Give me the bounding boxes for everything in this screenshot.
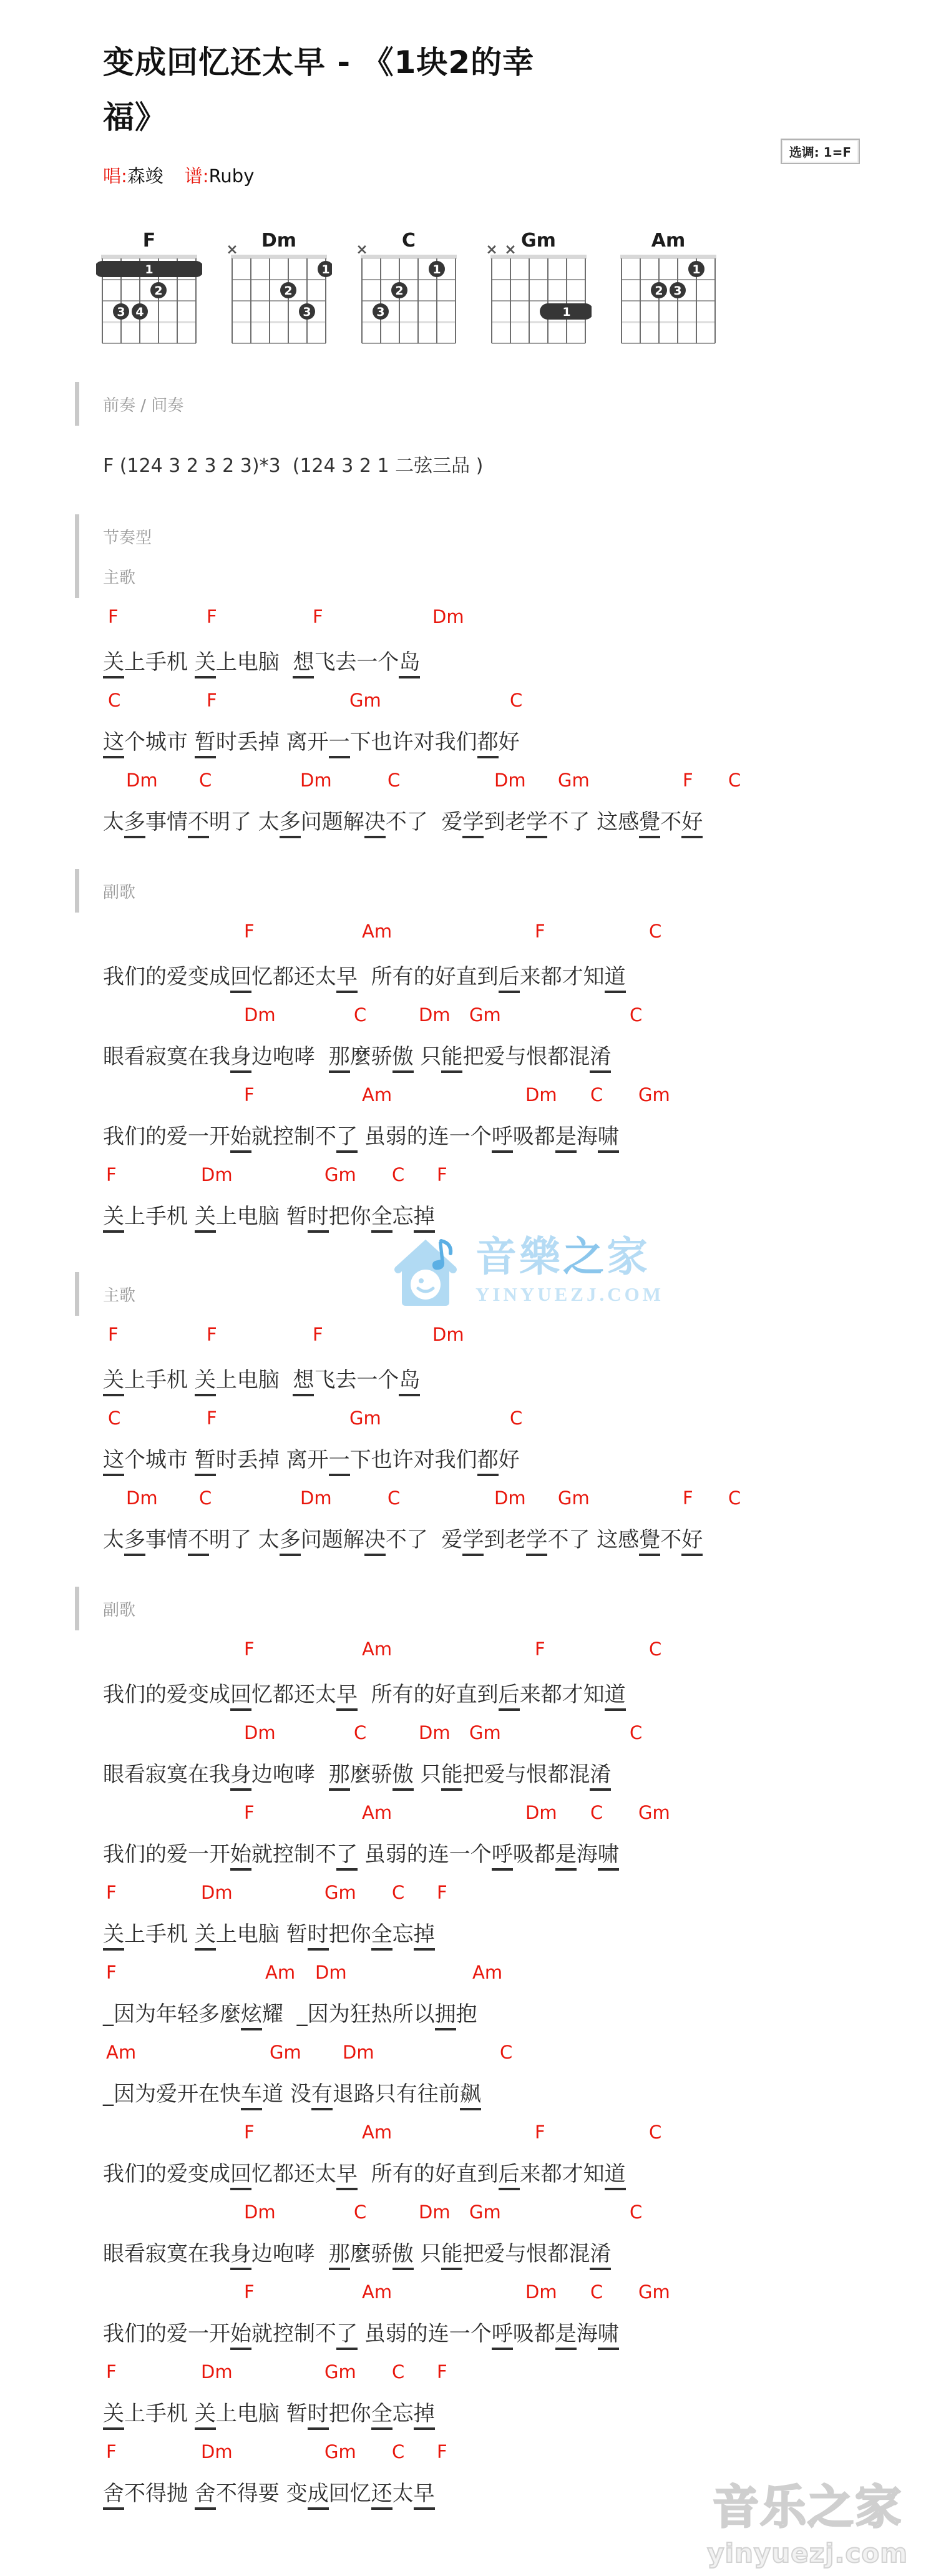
lyric-segment: 虽弱的连一个 xyxy=(358,1124,492,1149)
chord-label: Dm xyxy=(494,1487,526,1509)
lyric-line: 我们的爱一开始就控制不了 虽弱的连一个呼吸都是海啸 xyxy=(103,1110,861,1150)
lyric-segment: 那 xyxy=(329,1762,350,1791)
lyric-segment: 想 xyxy=(293,1368,314,1396)
lyric-segment: 把爱与恨都混 xyxy=(462,1044,590,1069)
lyric-segment: 明了 太 xyxy=(209,1527,280,1552)
chord-label: F xyxy=(106,1164,117,1185)
lyric-line: 舍不得抛 舍不得要 变成回忆还太早 xyxy=(103,2467,861,2507)
lyric-segment: 忘 xyxy=(392,2401,414,2426)
section-header: 节奏型 xyxy=(103,516,861,556)
lyric-segment: 所有的好直到 xyxy=(358,964,499,989)
lyric-segment: 傲 xyxy=(392,2241,414,2270)
chord-label: C xyxy=(388,770,400,791)
lyric-segment: _ xyxy=(103,2082,114,2107)
chord-line: AmGmDmC xyxy=(103,2028,861,2068)
lyric-segment: 全 xyxy=(371,1204,392,1233)
charter-name: Ruby xyxy=(209,165,255,187)
page-title-line2: 福》 xyxy=(103,90,861,145)
lyric-segment: 好 xyxy=(499,730,520,755)
chord-label: Am xyxy=(362,2122,392,2143)
lyric-segment: 吸都 xyxy=(513,1124,555,1149)
lyric-segment: 全 xyxy=(371,1922,392,1951)
chord-label: C xyxy=(630,2201,642,2223)
chord-line: DmCDmGmC xyxy=(103,991,861,1031)
section-header: 副歌 xyxy=(103,1589,861,1628)
chord-label: F xyxy=(106,1882,117,1903)
lyric-segment: 上手机 xyxy=(124,1204,195,1229)
chord-label: Gm xyxy=(558,770,590,791)
chord-label: F xyxy=(437,1164,447,1185)
chord-label: Gm xyxy=(558,1487,590,1509)
lyric-segment: 早 xyxy=(336,2162,358,2190)
chord-label: Dm xyxy=(201,1164,233,1185)
lyric-segment: 关 xyxy=(195,650,216,678)
lyric-segment: 决 xyxy=(364,1527,386,1556)
chord-diagram-Gm: Gm××1 xyxy=(485,229,592,349)
lyric-segment: 岛 xyxy=(399,1368,420,1396)
sheet: 前奏 / 间奏F (124 3 2 3 2 3)*3 (124 3 2 1 二弦… xyxy=(103,384,861,2507)
lyric-segment: 就控制不 xyxy=(251,2321,336,2346)
chord-label: C xyxy=(108,690,120,711)
section-bar-icon xyxy=(75,1272,79,1316)
chord-label: F xyxy=(207,690,217,711)
lyric-segment: 不 xyxy=(188,1527,209,1556)
lyric-segment: 了 xyxy=(336,1124,358,1153)
lyric-segment: 忆都还太 xyxy=(251,1682,336,1707)
lyric-segment: 把你 xyxy=(329,1204,371,1229)
lyric-line: 我们的爱变成回忆都还太早 所有的好直到后来都才知道 xyxy=(103,2148,861,2188)
lyric-line: 我们的爱一开始就控制不了 虽弱的连一个呼吸都是海啸 xyxy=(103,2308,861,2348)
lyric-segment: 能 xyxy=(441,2241,462,2270)
lyric-segment: 不 xyxy=(660,1527,681,1552)
lyric-segment: 时 xyxy=(308,1922,329,1951)
lyric-segment: 后 xyxy=(499,2162,520,2190)
chord-label: F xyxy=(207,1324,217,1345)
chord-label: Dm xyxy=(126,1487,158,1509)
lyric-segment: 是 xyxy=(555,1842,577,1871)
chord-label: C xyxy=(354,2201,366,2223)
lyric-segment: 我们的爱一开 xyxy=(103,1842,230,1867)
lyric-segment: 退路只有往前 xyxy=(333,2082,460,2107)
chord-label: Am xyxy=(472,1962,502,1983)
lyric-segment: 海 xyxy=(577,1124,598,1149)
lyric-segment: 呼 xyxy=(492,1124,513,1153)
lyric-segment: 舍 xyxy=(103,2481,124,2510)
section-bar-icon xyxy=(75,382,79,426)
lyric-segment: 掉 xyxy=(414,1204,435,1233)
lyric-segment: 不 xyxy=(660,810,681,835)
lyric-segment: 身 xyxy=(230,2241,251,2270)
chord-line: FAmDmAm xyxy=(103,1948,861,1988)
chord-label: Dm xyxy=(525,1084,557,1105)
chord-line: FDmGmCF xyxy=(103,1868,861,1908)
lyric-segment: 时 xyxy=(308,1204,329,1233)
chord-label: Gm xyxy=(469,1722,501,1743)
chart-label: 谱: xyxy=(185,165,209,187)
lyric-segment: 始 xyxy=(230,1842,251,1871)
svg-text:Gm: Gm xyxy=(521,230,556,252)
lyric-line: 太多事情不明了 太多问题解决不了 爱学到老学不了 这感覺不好 xyxy=(103,796,861,836)
lyric-segment: 淆 xyxy=(590,1044,611,1073)
svg-text:2: 2 xyxy=(395,284,403,298)
chord-line: FDmGmCF xyxy=(103,2427,861,2467)
chord-label: C xyxy=(388,1487,400,1509)
lyric-segment: 个城市 xyxy=(124,730,195,755)
intro-tab-line: F (124 3 2 3 2 3)*3 (124 3 2 1 二弦三品 ) xyxy=(103,441,861,481)
chord-label: F xyxy=(437,1882,447,1903)
lyric-line: 关上手机 关上电脑 想飞去一个岛 xyxy=(103,1354,861,1394)
chord-label: F xyxy=(437,2361,447,2383)
lyric-segment: 因为狂热所以 xyxy=(308,2002,435,2027)
chord-label: F xyxy=(244,2281,255,2303)
lyric-segment: 拥 xyxy=(435,2002,456,2030)
chord-label: Gm xyxy=(638,1084,670,1105)
lyric-segment: 掉 xyxy=(414,2401,435,2430)
chord-label: C xyxy=(199,770,212,791)
section-bar-icon xyxy=(75,514,79,558)
lyric-segment: 身 xyxy=(230,1044,251,1073)
lyric-line: 眼看寂寞在我身边咆哮 那麼骄傲 只能把爱与恨都混淆 xyxy=(103,1748,861,1788)
lyric-segment: 关 xyxy=(103,2401,124,2430)
lyric-segment: 始 xyxy=(230,2321,251,2350)
lyric-segment: 学 xyxy=(462,810,484,838)
chord-label: C xyxy=(354,1004,366,1026)
lyric-segment: 眼看寂寞在我 xyxy=(103,2241,230,2266)
chord-label: F xyxy=(106,2441,117,2462)
svg-text:F: F xyxy=(143,230,156,252)
lyric-segment: 那 xyxy=(329,2241,350,2270)
chord-label: F xyxy=(535,2122,545,2143)
section-header-label: 副歌 xyxy=(103,1597,135,1620)
chord-label: C xyxy=(630,1004,642,1026)
lyric-segment: 关 xyxy=(195,1922,216,1951)
lyric-segment: 我们的爱变成 xyxy=(103,1682,230,1707)
chord-label: F xyxy=(244,1084,255,1105)
lyric-segment: 问题解 xyxy=(301,1527,364,1552)
section-bar-icon xyxy=(75,869,79,913)
lyric-segment: 回忆 xyxy=(329,2481,371,2506)
lyric-segment: 一 xyxy=(329,730,350,758)
section-header-label: 主歌 xyxy=(103,565,135,588)
lyric-segment: 不 xyxy=(188,810,209,838)
chord-label: F xyxy=(683,1487,693,1509)
lyric-segment: 关 xyxy=(103,1922,124,1951)
lyric-segment: 多 xyxy=(124,1527,145,1556)
lyric-segment: 多 xyxy=(124,810,145,838)
chord-label: F xyxy=(244,1638,255,1660)
chord-label: C xyxy=(649,2122,661,2143)
chord-line: DmCDmGmC xyxy=(103,2188,861,2228)
chord-label: F xyxy=(535,1638,545,1660)
lyric-segment: 淆 xyxy=(590,1762,611,1791)
lyric-segment: 那 xyxy=(329,1044,350,1073)
chord-label: Am xyxy=(362,1802,392,1823)
lyric-line: 关上手机 关上电脑 暂时把你全忘掉 xyxy=(103,1190,861,1230)
lyric-segment: 成 xyxy=(308,2481,329,2510)
lyric-segment: 时 xyxy=(308,2401,329,2430)
lyric-segment: 所有的好直到 xyxy=(358,2162,499,2187)
chord-line: CFGmC xyxy=(103,1394,861,1434)
lyric-segment: 覺 xyxy=(639,810,660,838)
chord-label: Dm xyxy=(244,2201,276,2223)
lyric-segment: 飙 xyxy=(460,2082,481,2110)
lyric-segment: 啸 xyxy=(598,2321,619,2350)
lyric-segment: 忆都还太 xyxy=(251,964,336,989)
chord-label: C xyxy=(728,770,741,791)
lyric-segment: 上电脑 暂 xyxy=(216,1922,308,1947)
chord-label: Gm xyxy=(324,2441,356,2462)
chord-label: F xyxy=(683,770,693,791)
lyric-segment: 上电脑 暂 xyxy=(216,1204,308,1229)
lyric-segment: 下也许对我们 xyxy=(350,1447,477,1472)
lyric-segment: 我们的爱一开 xyxy=(103,2321,230,2346)
lyric-segment: 好 xyxy=(499,1447,520,1472)
lyric-segment: 边咆哮 xyxy=(251,2241,329,2266)
lyric-segment: 不了 这感 xyxy=(547,1527,639,1552)
lyric-segment: 飞去一个 xyxy=(314,650,399,675)
chord-label: Gm xyxy=(324,1164,356,1185)
lyric-segment: 能 xyxy=(441,1762,462,1791)
lyric-segment: 啸 xyxy=(598,1124,619,1153)
lyric-segment: 后 xyxy=(499,964,520,993)
lyric-line: 我们的爱一开始就控制不了 虽弱的连一个呼吸都是海啸 xyxy=(103,1828,861,1868)
lyric-segment: 上手机 xyxy=(124,1368,195,1393)
lyric-segment: 来都才知 xyxy=(520,2162,605,2187)
lyric-segment: 回 xyxy=(230,2162,251,2190)
svg-text:2: 2 xyxy=(154,284,162,298)
lyric-segment: 不了 这感 xyxy=(547,810,639,835)
svg-text:3: 3 xyxy=(673,284,681,298)
lyric-segment: 上电脑 xyxy=(216,1368,293,1393)
section-header: 主歌 xyxy=(103,1274,861,1314)
svg-text:C: C xyxy=(402,230,416,252)
chord-label: C xyxy=(590,1802,603,1823)
chord-label: Dm xyxy=(201,2361,233,2383)
lyric-line: 我们的爱变成回忆都还太早 所有的好直到后来都才知道 xyxy=(103,1668,861,1708)
lyric-segment: 吸都 xyxy=(513,1842,555,1867)
lyric-segment: 能 xyxy=(441,1044,462,1073)
chord-label: F xyxy=(207,606,217,627)
svg-text:Dm: Dm xyxy=(261,230,296,252)
lyric-segment: 飞去一个 xyxy=(314,1368,399,1393)
lyric-segment: 只 xyxy=(414,1044,442,1069)
lyric-segment: 后 xyxy=(499,1682,520,1711)
lyric-segment: 傲 xyxy=(392,1044,414,1073)
chord-line: FAmFC xyxy=(103,1628,861,1668)
lyric-line: _因为爱开在快车道 没有退路只有往前飙 xyxy=(103,2068,861,2108)
lyric-segment: 决 xyxy=(364,810,386,838)
lyric-segment: 麼骄 xyxy=(350,1044,392,1069)
lyric-segment: 身 xyxy=(230,1762,251,1791)
chord-line: FAmDmCGm xyxy=(103,1070,861,1110)
section-header-label: 主歌 xyxy=(103,1283,135,1306)
lyric-segment: 太 xyxy=(392,2481,414,2506)
chord-diagrams: F1234Dm×123C×123Gm××1Am123 xyxy=(96,229,861,349)
lyric-segment: 把你 xyxy=(329,2401,371,2426)
chord-label: F xyxy=(535,921,545,942)
lyric-segment: 早 xyxy=(336,1682,358,1711)
chord-label: Am xyxy=(362,2281,392,2303)
lyric-segment: 都 xyxy=(477,730,499,758)
chord-label: F xyxy=(437,2441,447,2462)
chord-label: C xyxy=(392,2361,404,2383)
chord-label: Dm xyxy=(525,2281,557,2303)
chord-line: DmCDmCDmGmFC xyxy=(103,1474,861,1514)
lyric-segment: 覺 xyxy=(639,1527,660,1556)
lyric-segment: 吸都 xyxy=(513,2321,555,2346)
lyric-segment: 全 xyxy=(371,2401,392,2430)
lyric-segment: 太 xyxy=(103,810,124,835)
lyric-line: 关上手机 关上电脑 暂时把你全忘掉 xyxy=(103,2387,861,2427)
section-header: 主歌 xyxy=(103,556,861,596)
lyric-segment: 想 xyxy=(293,650,314,678)
svg-text:1: 1 xyxy=(145,263,153,277)
chord-line: FFFDm xyxy=(103,1314,861,1354)
lyric-segment: 虽弱的连一个 xyxy=(358,2321,492,2346)
chord-label: Gm xyxy=(469,2201,501,2223)
chord-label: Dm xyxy=(244,1004,276,1026)
lyric-segment: 早 xyxy=(336,964,358,993)
lyric-segment: 啸 xyxy=(598,1842,619,1871)
chord-label: Am xyxy=(362,921,392,942)
lyric-segment: 道 xyxy=(605,1682,626,1711)
lyric-segment: 眼看寂寞在我 xyxy=(103,1762,230,1787)
lyric-segment: 因为爱开在快 xyxy=(114,2082,241,2107)
chord-label: Gm xyxy=(324,1882,356,1903)
chord-line: FAmFC xyxy=(103,911,861,951)
lyric-segment: 上电脑 暂 xyxy=(216,2401,308,2426)
chord-diagram-F: F1234 xyxy=(96,229,202,349)
lyric-segment: 来都才知 xyxy=(520,964,605,989)
chord-label: F xyxy=(108,606,119,627)
chord-label: C xyxy=(392,1882,404,1903)
svg-text:3: 3 xyxy=(117,305,125,319)
lyric-segment: 不得抛 xyxy=(124,2481,195,2506)
lyric-segment: 明了 太 xyxy=(209,810,280,835)
corner-watermark-url: yinyuezj.com xyxy=(707,2538,908,2569)
chord-label: F xyxy=(108,1324,119,1345)
chord-label: Dm xyxy=(494,770,526,791)
lyric-line: _因为年轻多麼炫耀 _因为狂热所以拥抱 xyxy=(103,1988,861,2028)
chord-label: Am xyxy=(106,2042,136,2063)
svg-text:2: 2 xyxy=(284,284,292,298)
section-bar-icon xyxy=(75,1587,79,1630)
chord-label: C xyxy=(649,1638,661,1660)
lyric-segment: 海 xyxy=(577,1842,598,1867)
lyric-segment: 时丢掉 离开 xyxy=(216,1447,329,1472)
lyric-segment: 上手机 xyxy=(124,2401,195,2426)
lyric-segment: 上手机 xyxy=(124,1922,195,1947)
page-title-line1: 变成回忆还太早 - 《1块2的幸 xyxy=(103,35,861,90)
chord-label: Dm xyxy=(419,2201,451,2223)
lyric-segment: 麼骄 xyxy=(350,2241,392,2266)
lyric-segment: 耀 xyxy=(262,2002,297,2027)
chord-line: FAmDmCGm xyxy=(103,1788,861,1828)
svg-text:3: 3 xyxy=(376,305,384,319)
chord-label: Gm xyxy=(349,690,381,711)
lyric-segment: 到老 xyxy=(484,1527,526,1552)
page-title: 变成回忆还太早 - 《1块2的幸 福》 xyxy=(103,35,861,145)
lyric-segment: 始 xyxy=(230,1124,251,1153)
lyric-segment: 虽弱的连一个 xyxy=(358,1842,492,1867)
chord-label: C xyxy=(510,690,522,711)
lyric-segment: 了 xyxy=(336,2321,358,2350)
lyric-line: 关上手机 关上电脑 想飞去一个岛 xyxy=(103,636,861,676)
chord-label: Gm xyxy=(638,1802,670,1823)
lyric-segment: _ xyxy=(103,2002,114,2027)
lyric-segment: 早 xyxy=(414,2481,435,2510)
lyric-segment: 是 xyxy=(555,1124,577,1153)
lyric-segment: 回 xyxy=(230,1682,251,1711)
chord-label: F xyxy=(106,2361,117,2383)
lyric-segment: 学 xyxy=(462,1527,484,1556)
lyric-segment: 我们的爱一开 xyxy=(103,1124,230,1149)
lyric-segment: 炫 xyxy=(241,2002,262,2030)
chord-line: DmCDmGmC xyxy=(103,1708,861,1748)
lyric-segment: 好 xyxy=(681,810,703,838)
chord-label: Dm xyxy=(432,1324,464,1345)
lyric-segment: 回 xyxy=(230,964,251,993)
chord-label: Dm xyxy=(126,770,158,791)
chord-line: FDmGmCF xyxy=(103,1150,861,1190)
chord-label: F xyxy=(106,1962,117,1983)
svg-text:1: 1 xyxy=(692,263,700,277)
lyric-segment: 太 xyxy=(103,1527,124,1552)
lyric-segment: 边咆哮 xyxy=(251,1762,329,1787)
chord-label: Dm xyxy=(525,1802,557,1823)
chord-line: FFFDm xyxy=(103,596,861,636)
lyric-segment: 就控制不 xyxy=(251,1842,336,1867)
chord-label: C xyxy=(500,2042,512,2063)
lyric-segment: 有 xyxy=(311,2082,333,2110)
chord-label: F xyxy=(313,1324,323,1345)
lyric-line: 这个城市 暂时丢掉 离开一下也许对我们都好 xyxy=(103,1434,861,1474)
chord-diagram-Dm: Dm×123 xyxy=(226,229,332,349)
credits: 唱:森竣谱:Ruby xyxy=(103,162,861,188)
chord-line: FAmFC xyxy=(103,2108,861,2148)
lyric-segment: 不得要 变 xyxy=(216,2481,308,2506)
section-header-label: 副歌 xyxy=(103,879,135,903)
chord-label: Dm xyxy=(300,770,332,791)
lyric-segment: 道 没 xyxy=(262,2082,311,2107)
lyric-segment: 忘 xyxy=(392,1922,414,1947)
lyric-segment: 关 xyxy=(103,650,124,678)
lyric-segment: 是 xyxy=(555,2321,577,2350)
chord-label: Dm xyxy=(419,1722,451,1743)
svg-text:3: 3 xyxy=(303,305,311,319)
lyric-segment: 眼看寂寞在我 xyxy=(103,1044,230,1069)
lyric-segment: 关 xyxy=(103,1368,124,1396)
lyric-segment: 学 xyxy=(526,1527,547,1556)
chord-label: C xyxy=(392,1164,404,1185)
lyric-segment: 呼 xyxy=(492,2321,513,2350)
chord-label: C xyxy=(630,1722,642,1743)
svg-text:Am: Am xyxy=(651,230,685,252)
lyric-line: 关上手机 关上电脑 暂时把你全忘掉 xyxy=(103,1908,861,1948)
chord-label: Gm xyxy=(638,2281,670,2303)
key-select-badge[interactable]: 选调: 1=F xyxy=(781,139,860,164)
lyric-segment: 傲 xyxy=(392,1762,414,1791)
section-header: 前奏 / 间奏 xyxy=(103,384,861,424)
chord-label: C xyxy=(728,1487,741,1509)
lyric-segment: 一 xyxy=(329,1447,350,1476)
lyric-segment: 把你 xyxy=(329,1922,371,1947)
chord-label: F xyxy=(207,1408,217,1429)
lyric-segment: 车 xyxy=(241,2082,262,2110)
section-bar-icon xyxy=(75,554,79,598)
chord-diagram-Am: Am123 xyxy=(615,229,721,349)
lyric-segment: 道 xyxy=(605,2162,626,2190)
